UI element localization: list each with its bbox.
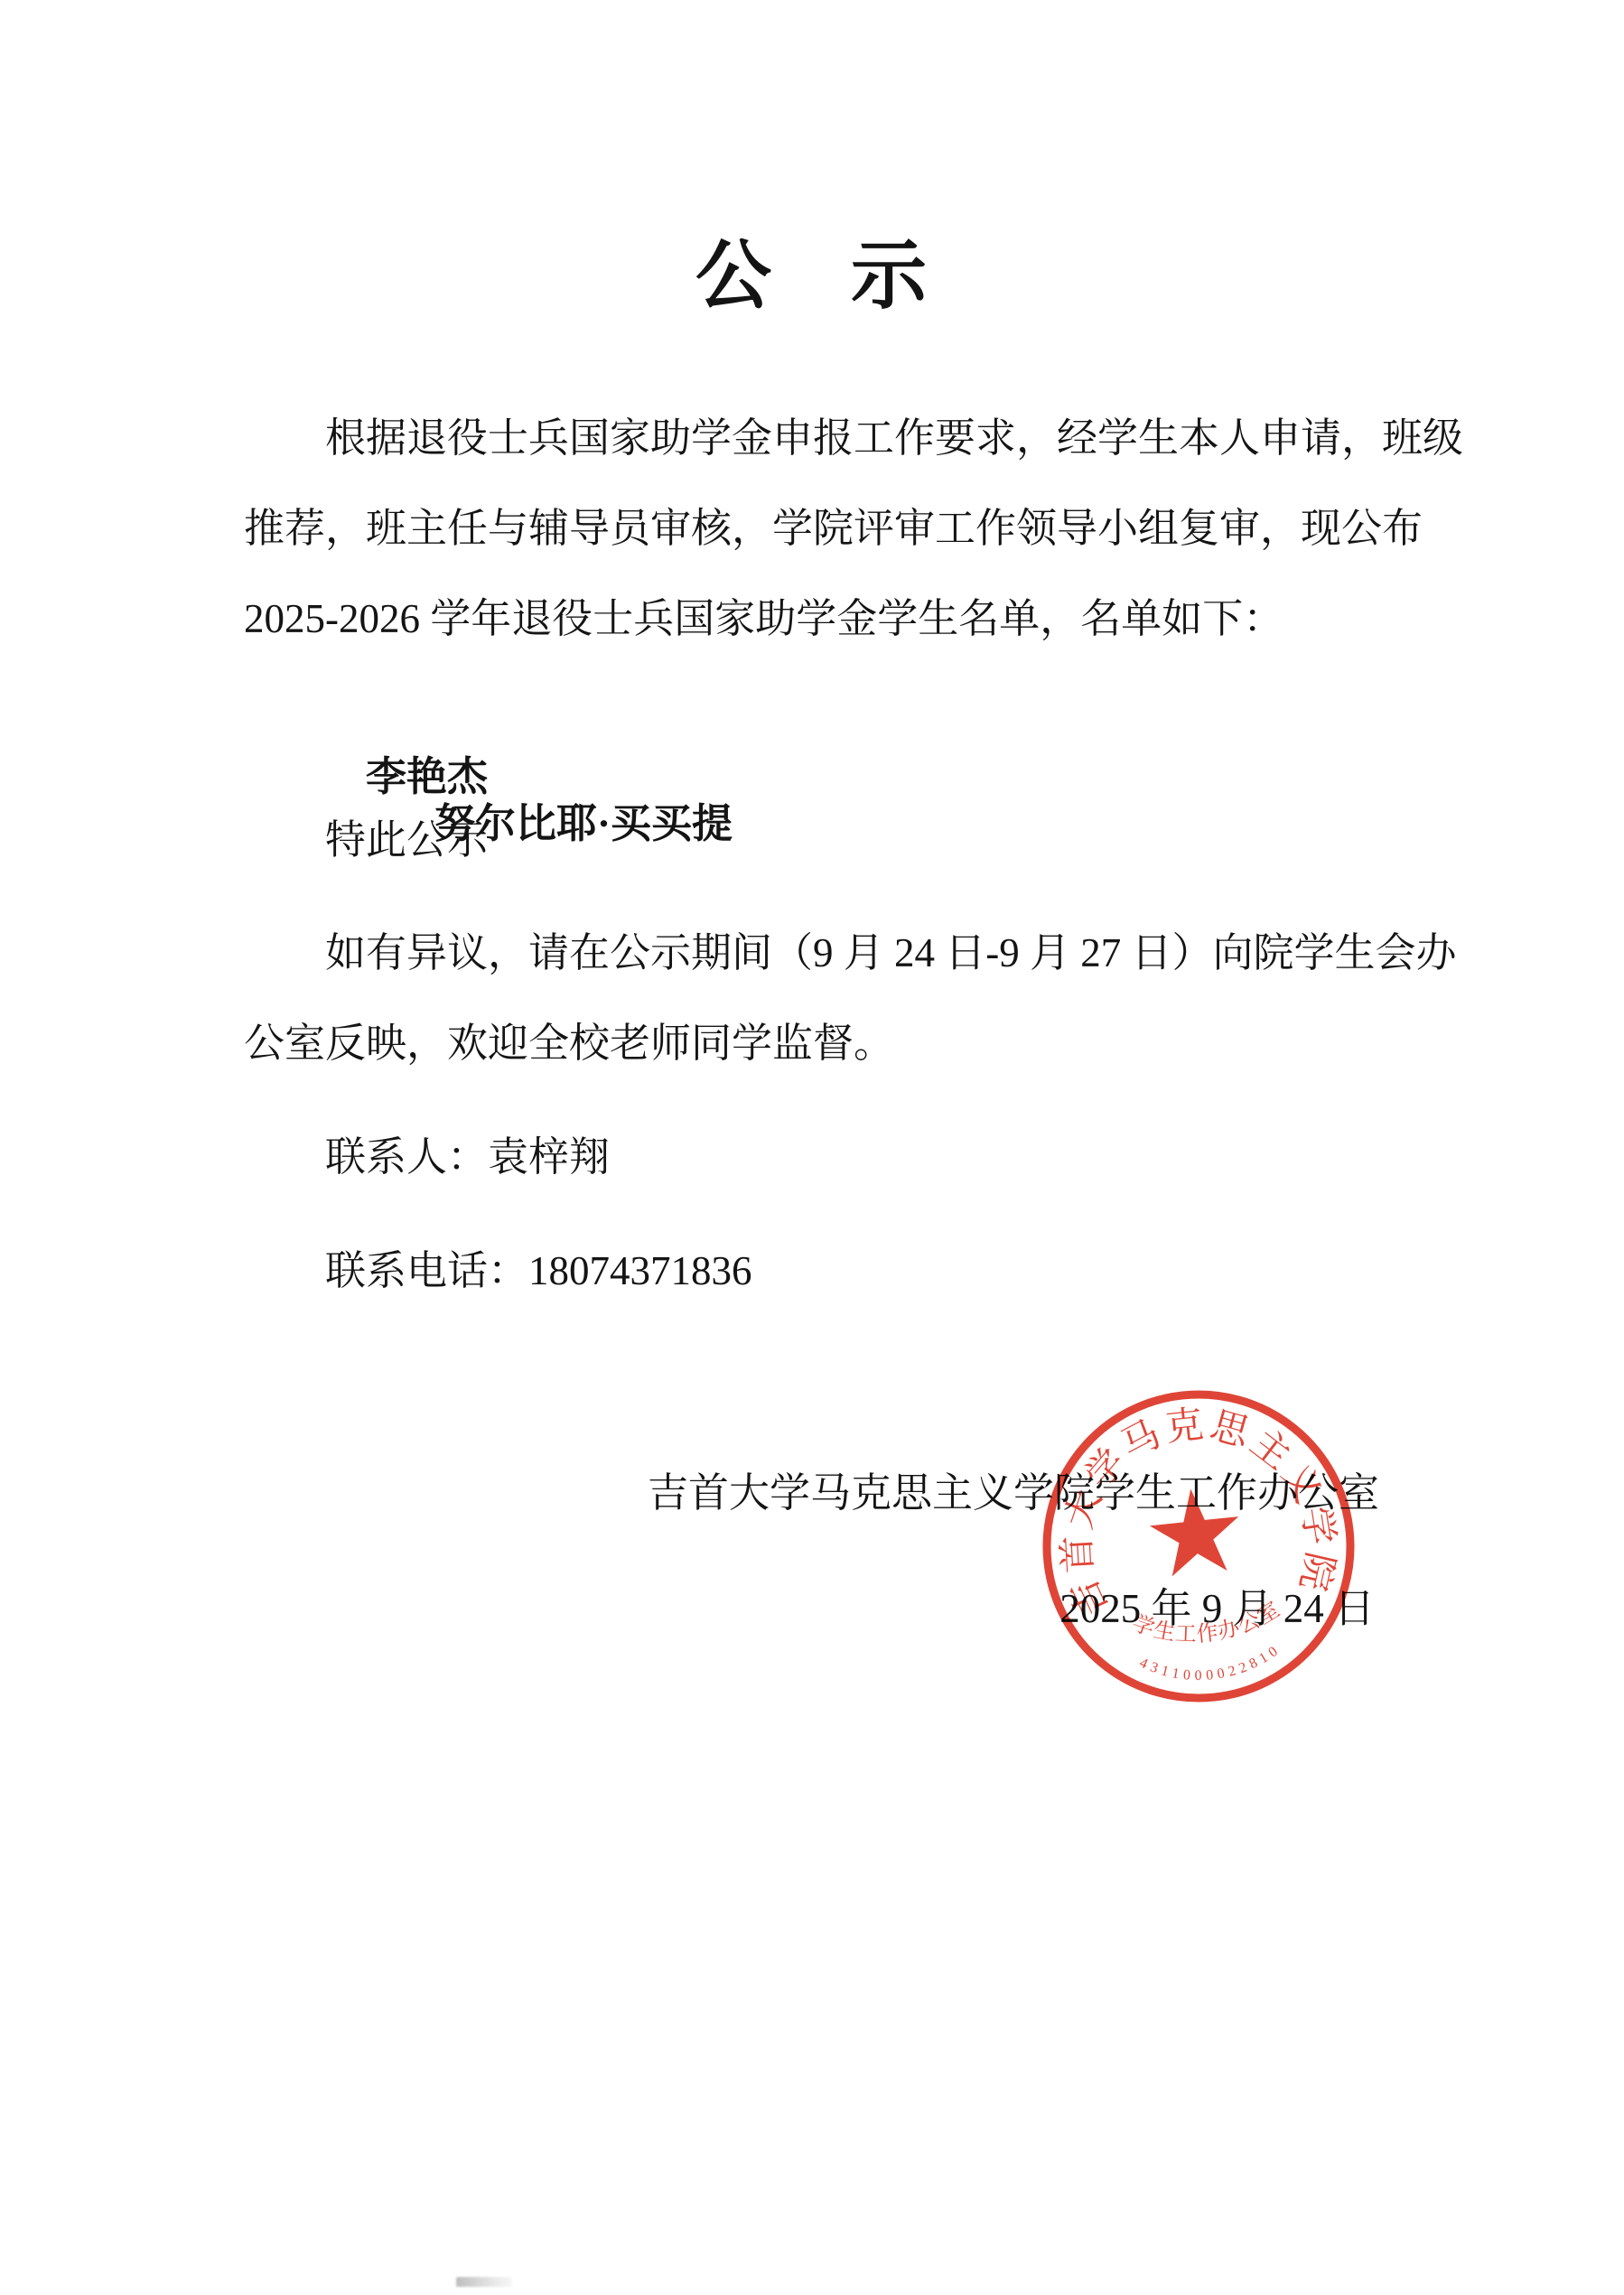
hereby-announce-line: 特此公示 [244, 817, 488, 864]
objection-line-2: 公室反映，欢迎全校老师同学监督。 [244, 1021, 894, 1068]
student-name: 李艳杰 [366, 754, 488, 799]
contact-person-line: 联系人：袁梓翔 [244, 1134, 610, 1181]
signature-office: 吉首大学马克思主义学院学生工作办公室 [648, 1460, 1379, 1518]
student-name-list: 李艳杰 努尔比耶·买买提 [244, 707, 733, 894]
body-line-3: 2025-2026 学年退役士兵国家助学金学生名单，名单如下： [244, 596, 1283, 643]
seal-graphics: 吉首大学马克思主义学院 学生工作办公室 4311000022810 [1031, 1379, 1365, 1712]
seal-serial-number: 4311000022810 [1135, 1640, 1286, 1690]
body-line-2: 推荐，班主任与辅导员审核，学院评审工作领导小组复审，现公布 [244, 506, 1423, 553]
svg-text:4311000022810: 4311000022810 [1135, 1640, 1286, 1690]
notice-page: 公 示 根据退役士兵国家助学金申报工作要求，经学生本人申请，班级 推荐，班主任与… [0, 0, 1624, 2295]
official-seal-stamp: 吉首大学马克思主义学院 学生工作办公室 4311000022810 [1000, 1348, 1397, 1745]
signature-date: 2025 年 9 月 24 日 [1059, 1575, 1375, 1634]
page-title: 公 示 [0, 215, 1624, 324]
objection-line-1: 如有异议，请在公示期间（9 月 24 日-9 月 27 日）向院学生会办 [244, 930, 1457, 977]
body-line-1: 根据退役士兵国家助学金申报工作要求，经学生本人申请，班级 [244, 415, 1463, 462]
contact-phone-line: 联系电话：18074371836 [244, 1248, 752, 1295]
scan-artifact [456, 2277, 512, 2287]
seal-ring [1031, 1379, 1365, 1712]
